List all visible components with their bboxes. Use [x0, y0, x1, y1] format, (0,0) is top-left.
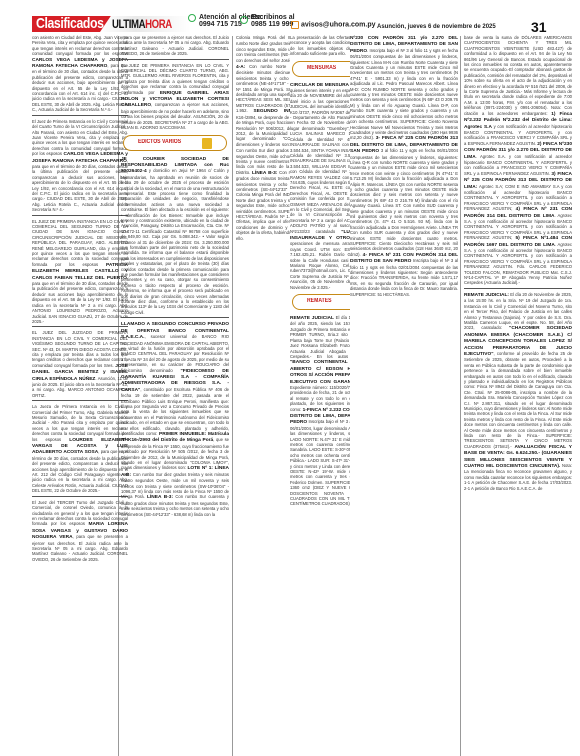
ad-divider: [121, 59, 229, 60]
classified-ad: EL JUEZ DE PRIMERA INSTANCIA EN LO CIVIL…: [32, 219, 128, 325]
write-phone[interactable]: 0985 119 999: [251, 21, 295, 28]
ad-divider: [464, 288, 572, 289]
classified-ad: LLAMADO A SEGUNDO CONCURSO PRIVADO DE OF…: [121, 321, 229, 517]
column-1: con asiento en Ciudad del Este, Abg. Jua…: [32, 35, 128, 756]
classified-ad: El Juez del TERCER Turno del Juzgado Civ…: [32, 500, 128, 562]
email-link[interactable]: avisos@uhora.com.py: [301, 22, 376, 29]
classified-ad: EL JUEZ DE PRIMERA INSTANCIA EN LO CIVIL…: [121, 63, 229, 131]
section-title: Clasificados: [36, 15, 104, 32]
column-2: , para que se presenten a ejercer sus de…: [121, 35, 229, 756]
classified-ad: EL JUEZ DEL JUZGADO DE PRIMERA INSTANCIA…: [32, 330, 128, 398]
ad-divider: [121, 317, 229, 318]
column-6: base de venta la suma de DÓLARES AMERICA…: [464, 35, 572, 756]
whatsapp-icon: [188, 14, 196, 22]
mail-icon: [291, 21, 299, 29]
classified-ad: El Juez de Primera Instancia en lo Civil…: [32, 119, 128, 213]
classifieds-columns: con asiento en Ciudad del Este, Abg. Jua…: [10, 35, 572, 756]
publication-date: Asunción, jueves 6 de noviembre de 2025: [377, 24, 496, 30]
document-icon: [202, 138, 212, 149]
classified-ad: , para que se presenten a ejercer sus de…: [121, 35, 229, 57]
whatsapp-icon: [240, 16, 248, 24]
ad-divider: [32, 215, 128, 216]
classified-ad: La Jueza de Primera Instancia en lo Civi…: [32, 404, 128, 494]
classified-ad: con asiento en Ciudad del Este, Abg. Jua…: [32, 35, 128, 113]
page-header: Clasificados ULTIMAHORA Atención al clie…: [0, 0, 580, 34]
ad-divider: [32, 496, 128, 497]
contact-email: avisos@uhora.com.py: [291, 21, 376, 30]
classified-ad: base de venta la suma de DÓLARES AMERICA…: [464, 35, 572, 286]
ad-divider: [32, 326, 128, 327]
classified-ad: REMATE JUDICIAL: El día 20 de Noviembre …: [464, 292, 572, 491]
newspaper-logo: ULTIMAHORA: [112, 17, 172, 31]
classified-ad: Nº230 CON PADRÓN 311 y/o 2.270 DEL DISTR…: [350, 35, 458, 297]
page-number: 31: [531, 19, 547, 35]
ad-divider: [32, 115, 128, 116]
section-header-edictos: EDICTOS VARIOS: [123, 135, 227, 151]
classified-ad: JF COURIER SOCIEDAD DE RESPONSABILIDAD L…: [121, 156, 229, 316]
contact-write: Escribinos al 0985 119 999: [240, 14, 295, 28]
column-5: Nº230 CON PADRÓN 311 y/o 2.270 DEL DISTR…: [350, 35, 458, 756]
ad-divider: [32, 400, 128, 401]
